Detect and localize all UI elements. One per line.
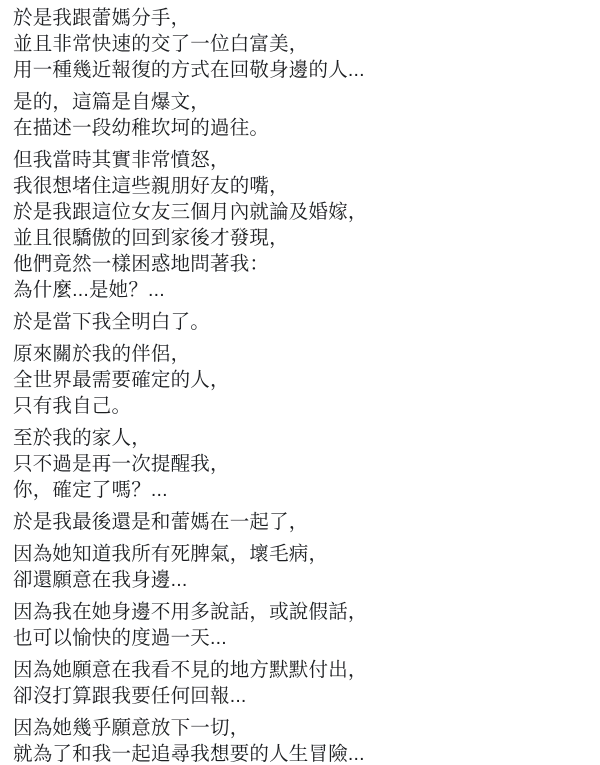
post-line: 就為了和我一起追尋我想要的人生冒險... [13, 741, 586, 765]
post-paragraph: 於是我最後還是和蕾媽在一起了， [13, 509, 586, 535]
post-line: 因為她知道我所有死脾氣，壞毛病， [13, 541, 586, 567]
post-line: 你，確定了嗎？... [13, 477, 586, 503]
post-line: 並且非常快速的交了一位白富美， [13, 31, 586, 57]
post-line: 用一種幾近報復的方式在回敬身邊的人... [13, 57, 586, 83]
post-paragraph: 於是我跟蕾媽分手， 並且非常快速的交了一位白富美， 用一種幾近報復的方式在回敬身… [13, 5, 586, 83]
post-line: 是的，這篇是自爆文， [13, 89, 586, 115]
post-line: 於是我跟蕾媽分手， [13, 5, 586, 31]
post-line: 只有我自己。 [13, 393, 586, 419]
post-paragraph: 至於我的家人， 只不過是再一次提醒我， 你，確定了嗎？... [13, 425, 586, 503]
post-line: 我很想堵住這些親朋好友的嘴， [13, 173, 586, 199]
post-paragraph: 原來關於我的伴侶， 全世界最需要確定的人， 只有我自己。 [13, 341, 586, 419]
post-line: 於是我最後還是和蕾媽在一起了， [13, 509, 586, 535]
post-line: 於是當下我全明白了。 [13, 309, 586, 335]
post-paragraph: 但我當時其實非常憤怒， 我很想堵住這些親朋好友的嘴， 於是我跟這位女友三個月內就… [13, 147, 586, 303]
post-line: 於是我跟這位女友三個月內就論及婚嫁， [13, 199, 586, 225]
post-line: 卻沒打算跟我要任何回報... [13, 683, 586, 709]
post-line: 全世界最需要確定的人， [13, 367, 586, 393]
post-line: 因為她幾乎願意放下一切， [13, 715, 586, 741]
post-paragraph: 因為我在她身邊不用多說話，或說假話， 也可以愉快的度過一天... [13, 599, 586, 651]
post-line: 原來關於我的伴侶， [13, 341, 586, 367]
post-paragraph: 因為她願意在我看不見的地方默默付出， 卻沒打算跟我要任何回報... [13, 657, 586, 709]
post-paragraph: 是的，這篇是自爆文， 在描述一段幼稚坎坷的過往。 [13, 89, 586, 141]
post-line: 並且很驕傲的回到家後才發現， [13, 225, 586, 251]
post-line: 只不過是再一次提醒我， [13, 451, 586, 477]
post-paragraph: 因為她知道我所有死脾氣，壞毛病， 卻還願意在我身邊... [13, 541, 586, 593]
post-line: 但我當時其實非常憤怒， [13, 147, 586, 173]
post-line: 也可以愉快的度過一天... [13, 625, 586, 651]
post-line: 卻還願意在我身邊... [13, 567, 586, 593]
post-text: 於是我跟蕾媽分手， 並且非常快速的交了一位白富美， 用一種幾近報復的方式在回敬身… [0, 0, 600, 765]
post-line: 他們竟然一樣困惑地問著我： [13, 251, 586, 277]
post-paragraph: 因為她幾乎願意放下一切， 就為了和我一起追尋我想要的人生冒險... [13, 715, 586, 765]
post-line: 至於我的家人， [13, 425, 586, 451]
post-line: 因為我在她身邊不用多說話，或說假話， [13, 599, 586, 625]
post-line: 在描述一段幼稚坎坷的過往。 [13, 115, 586, 141]
post-line: 為什麼...是她？... [13, 277, 586, 303]
post-line: 因為她願意在我看不見的地方默默付出， [13, 657, 586, 683]
post-paragraph: 於是當下我全明白了。 [13, 309, 586, 335]
